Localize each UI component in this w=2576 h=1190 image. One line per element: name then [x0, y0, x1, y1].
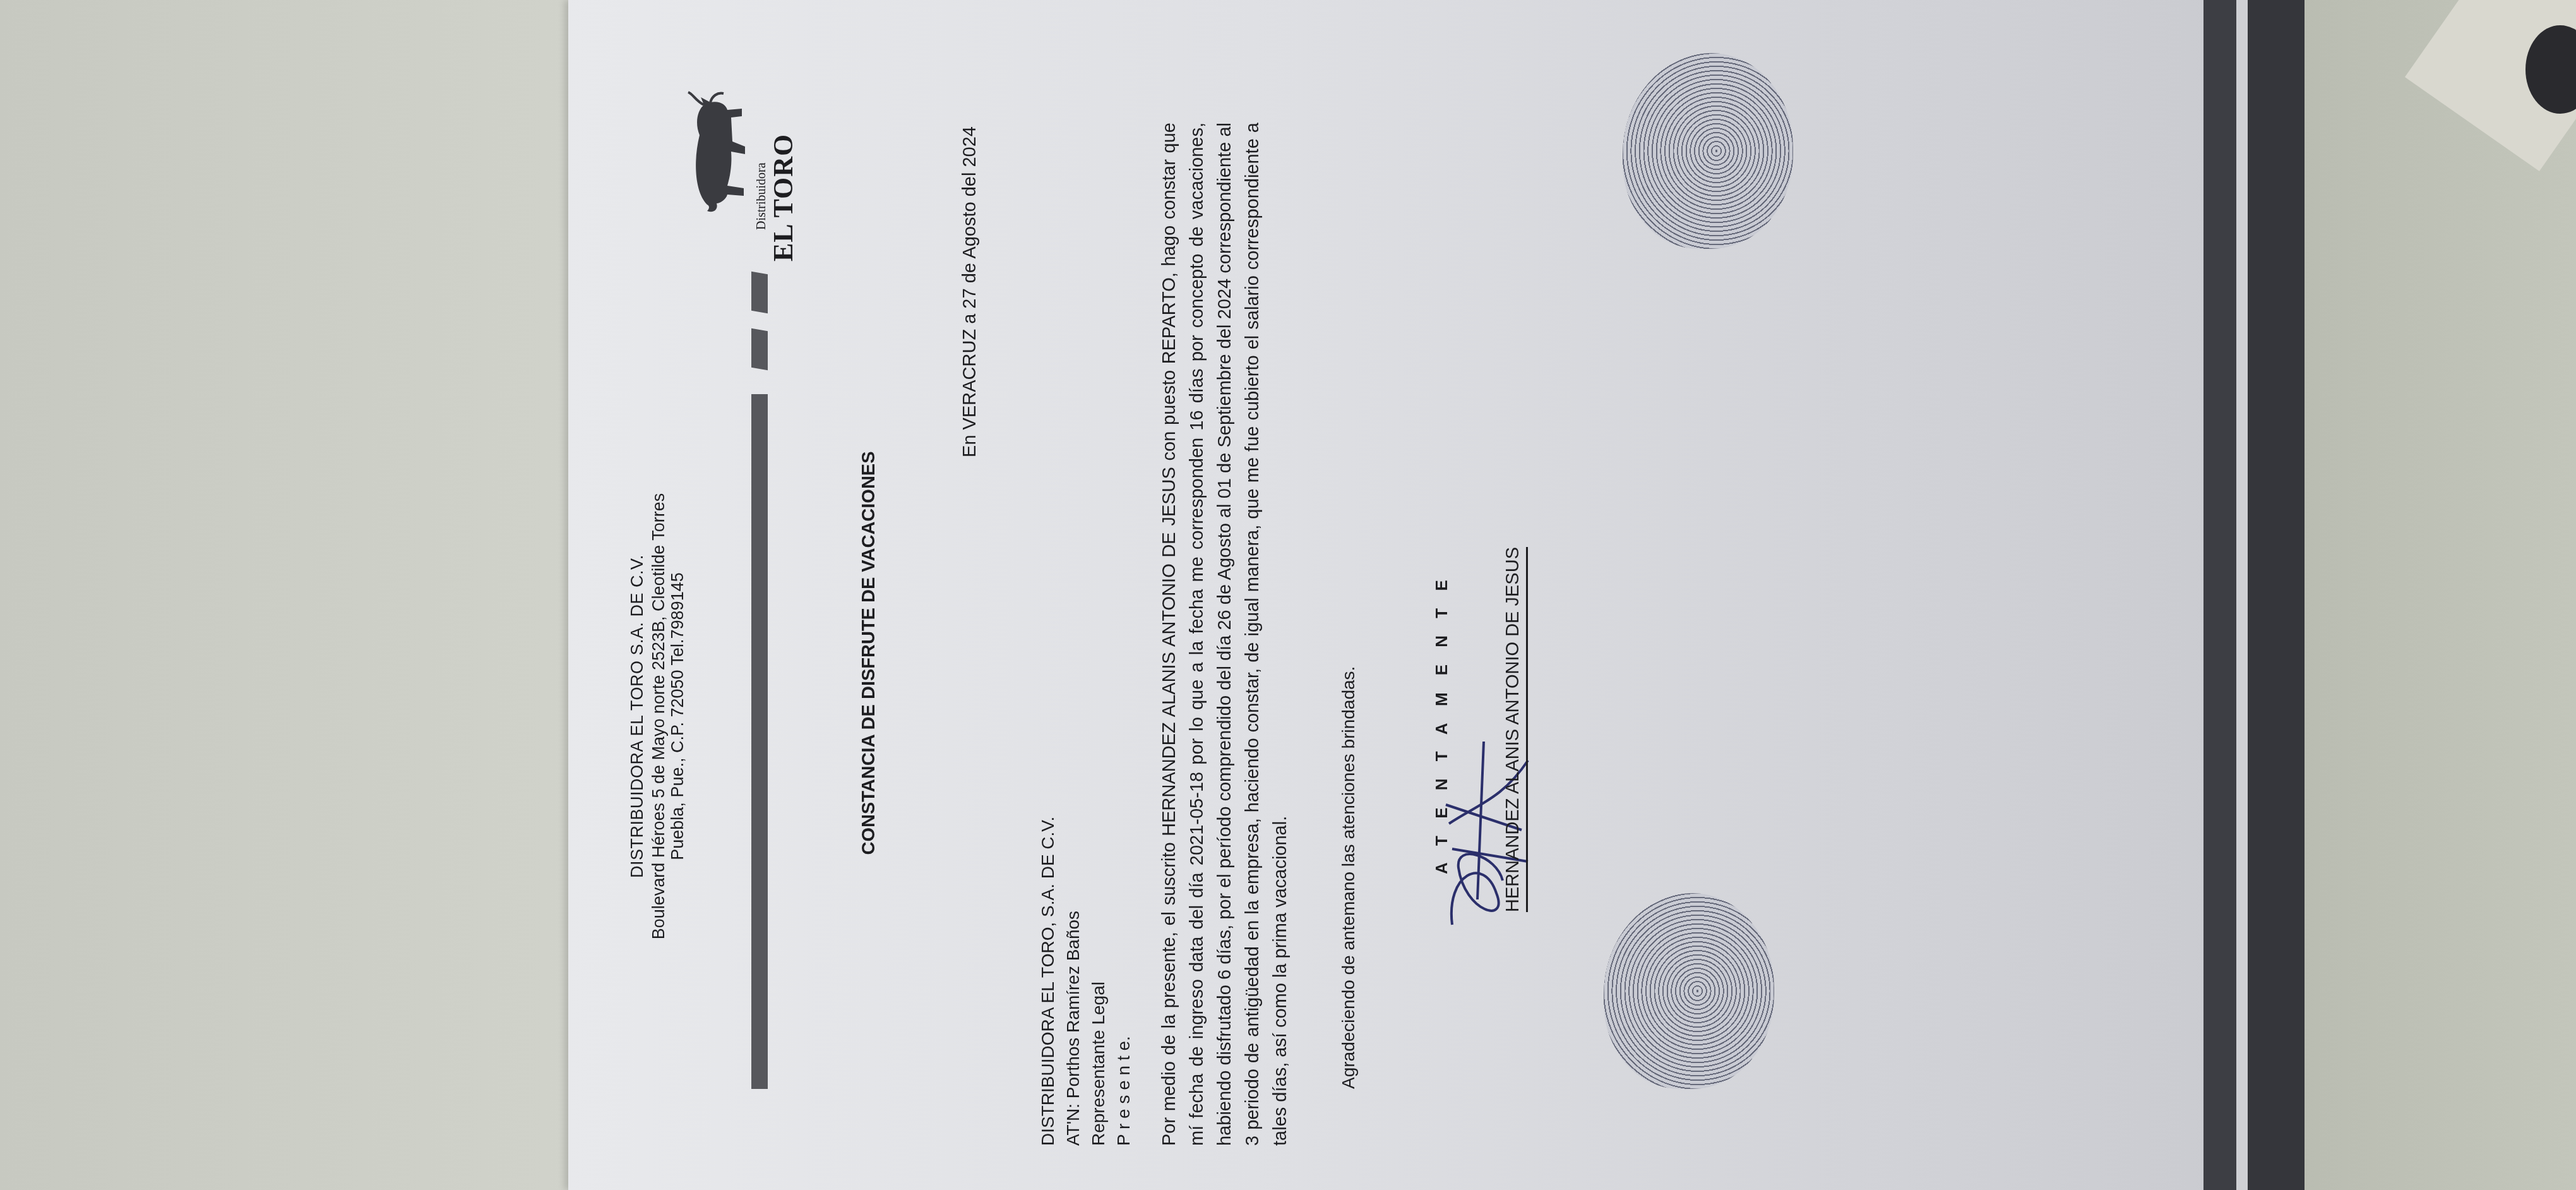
logo-brand: EL TORO	[767, 134, 799, 261]
table-surface	[0, 0, 606, 1190]
letterhead-company: DISTRIBUIDORA EL TORO S.A. DE C.V.	[625, 243, 649, 1190]
header-dash	[751, 328, 768, 371]
recipient-company: DISTRIBUIDORA EL TORO, S.A. DE C.V.	[1035, 817, 1061, 1146]
document-title: CONSTANCIA DE DISFRUTE DE VACACIONES	[859, 116, 880, 1190]
company-logo: Distribuidora EL TORO	[682, 47, 808, 312]
bull-icon	[682, 91, 751, 217]
page-border-gap	[2236, 0, 2248, 1190]
recipient-presente: P r e s e n t e.	[1111, 817, 1136, 1146]
fingerprint-mark	[1604, 893, 1774, 1089]
letterhead-address-line-1: Boulevard Héroes 5 de Mayo norte 2523B, …	[649, 243, 668, 1190]
document-date: En VERACRUZ a 27 de Agosto del 2024	[960, 126, 981, 457]
recipient-block: DISTRIBUIDORA EL TORO, S.A. DE C.V. AT'N…	[1035, 817, 1136, 1146]
signatory-name: HERNANDEZ ALANIS ANTONIO DE JESUS	[1503, 547, 1528, 912]
letterhead: DISTRIBUIDORA EL TORO S.A. DE C.V. Boule…	[625, 243, 687, 1190]
page-border-band	[2203, 0, 2236, 1190]
letterhead-address-line-2: Puebla, Pue., C.P. 72050 Tel.7989145	[668, 243, 687, 1190]
closing-line: Agradeciendo de antemano las atenciones …	[1339, 666, 1359, 1089]
page-edge-band	[2248, 0, 2305, 1190]
header-rule	[751, 394, 768, 1089]
body-paragraph: Por medio de la presente, el suscrito HE…	[1155, 123, 1294, 1146]
fingerprint-mark	[1623, 53, 1793, 249]
background-floor	[2286, 0, 2576, 1190]
recipient-attention: AT'N: Porthos Ramírez Baños	[1061, 817, 1086, 1146]
document-content: DISTRIBUIDORA EL TORO S.A. DE C.V. Boule…	[600, 0, 2178, 1190]
recipient-role: Representante Legal	[1086, 817, 1111, 1146]
